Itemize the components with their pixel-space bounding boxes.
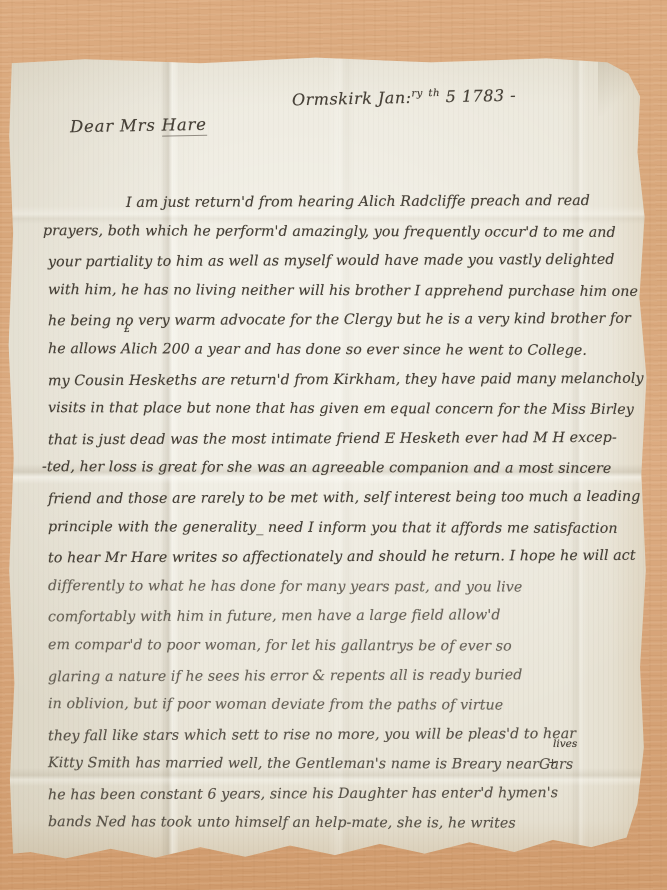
salutation: Dear Mrs Hare [70,115,207,136]
letter-line: he being no very warm advocate for the C… [48,305,644,337]
insertion-caret: + [548,756,557,769]
letter-paper: Ormskirk Jan:ry th 5 1783 - Dear Mrs Har… [8,56,649,860]
letter-line: visits in that place but none that has g… [48,394,644,425]
letter-line: -ted, her loss is great for she was an a… [42,453,644,484]
letter-line: to hear Mr Hare writes so affectionately… [48,542,644,574]
letter-line: he has been constant 6 years, since his … [48,779,644,811]
letter-line: he allows Alich 200 a year and has done … [48,335,644,366]
letter-line: em compar'd to poor woman, for let his g… [48,631,644,662]
dateline-superscript-th: th [428,88,440,99]
letter-line: in oblivion, but if poor woman deviate f… [48,690,644,721]
letter-line: principle with the generality_ need I in… [48,513,644,544]
salutation-prefix: Dear Mrs [70,116,162,137]
letter-line: my Cousin Heskeths are return'd from Kir… [48,364,644,396]
inserted-word-lives: lives [553,738,577,750]
dateline: Ormskirk Jan:ry th 5 1783 - [292,86,516,110]
photo-scene: Ormskirk Jan:ry th 5 1783 - Dear Mrs Har… [0,0,667,890]
salutation-name: Hare [162,115,207,137]
letter-line: glaring a nature if he sees his error & … [48,660,644,692]
letter-line: comfortably with him in future, men have… [48,601,644,633]
letter-line: your partiality to him as well as myself… [48,246,644,278]
dateline-day-year: 5 1783 - [440,86,516,107]
dateline-superscript-ry: ry [411,88,423,99]
letter-line: friend and those are rarely to be met wi… [48,483,644,515]
pound-annotation: £ [124,324,130,335]
letter-line: with him, he has no living neither will … [48,276,644,307]
dateline-place: Ormskirk Jan: [292,88,412,109]
letter-line: bands Ned has took unto himself an help-… [48,809,644,840]
letter-line: I am just return'd from hearing Alich Ra… [48,187,644,219]
letter-line: prayers, both which he perform'd amazing… [43,217,644,248]
letter-line: differently to what he has done for many… [48,572,644,603]
letter-line: that is just dead was the most intimate … [48,423,644,455]
